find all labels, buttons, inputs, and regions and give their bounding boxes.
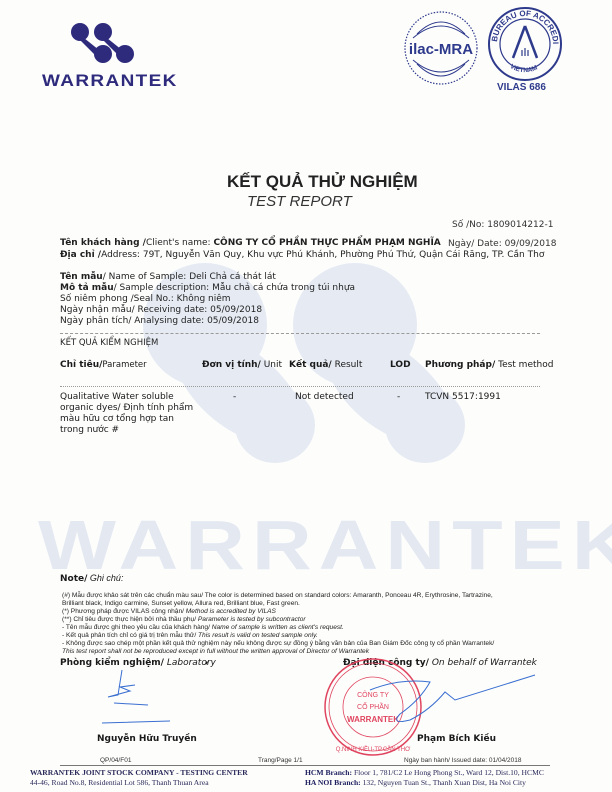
warrantek-logo-icon: [70, 22, 134, 64]
receiving-date-line: Ngày nhận mẫu/ Receiving date: 05/09/201…: [60, 305, 262, 316]
sample-name-line: Tên mẫu/ Name of Sample: Deli Chả cá thá…: [60, 272, 276, 283]
client-name-line: Tên khách hàng /Client's name: CÔNG TY C…: [60, 238, 441, 249]
sample-description-line: Mô tả mẫu/ Sample description: Mẫu chả c…: [60, 283, 355, 294]
form-code: QP/04/F01: [100, 757, 131, 764]
column-header-method: Phương pháp/ Test method: [425, 360, 553, 370]
stray-mark: ,: [205, 656, 208, 666]
watermark-text: WARRANTEK: [38, 505, 612, 585]
report-number: Số /No: 1809014212-1: [452, 220, 553, 230]
vilas-number: VILAS 686: [497, 82, 546, 93]
lab-signer-name: Nguyễn Hữu Truyền: [97, 734, 197, 744]
result-unit: -: [233, 392, 236, 403]
client-address: 79T, Nguyễn Văn Quy, Khu vực Phú Khánh, …: [143, 250, 544, 260]
footer-company: WARRANTEK JOINT STOCK COMPANY - TESTING …: [30, 768, 248, 777]
boa-accreditation-badge: BUREAU OF ACCREDITATION VIETNAM: [485, 4, 565, 86]
column-header-result: Kết quả/ Result: [289, 360, 362, 370]
analysing-date-line: Ngày phân tích/ Analysing date: 05/09/20…: [60, 316, 259, 327]
footer-hcm-branch: HCM Branch: Floor 1, 781/C2 Le Hong Phon…: [305, 768, 544, 777]
company-logo-text: WARRANTEK: [42, 72, 178, 91]
lab-signature: [100, 665, 180, 725]
column-header-unit: Đơn vị tính/ Unit: [202, 360, 282, 370]
result-method: TCVN 5517:1991: [425, 392, 501, 403]
report-date: Ngày/ Date: 09/09/2018: [448, 239, 556, 249]
footer-hanoi-branch: HA NOI Branch: 132, Nguyen Tuan St., Tha…: [305, 778, 526, 787]
rep-signer-name: Phạm Bích Kiều: [417, 734, 496, 744]
svg-text:VIETNAM: VIETNAM: [509, 63, 539, 74]
column-header-parameter: Chỉ tiêu/Parameter: [60, 360, 147, 370]
result-parameter: Qualitative Water soluble organic dyes/ …: [60, 392, 200, 436]
note-label: Note/ Ghi chú:: [60, 573, 123, 584]
divider: [60, 333, 540, 334]
result-lod: -: [397, 392, 400, 403]
rep-signature: [360, 670, 540, 730]
client-name: CÔNG TY CỔ PHẦN THỰC PHẨM PHẠM NGHĨA: [213, 238, 440, 248]
svg-text:ilac-MRA: ilac-MRA: [409, 41, 473, 58]
svg-text:Q.NINH KIỀU-TP.CẦN THƠ: Q.NINH KIỀU-TP.CẦN THƠ: [336, 746, 411, 753]
footer-rule: [60, 765, 550, 766]
footer-address: 44-46, Road No.8, Residential Lot 586, T…: [30, 778, 209, 787]
results-section-title: KẾT QUẢ KIỂM NGHIỆM: [60, 338, 158, 349]
client-address-line: Địa chỉ /Address: 79T, Nguyễn Văn Quy, K…: [60, 250, 544, 261]
page-title: KẾT QUẢ THỬ NGHIỆM: [227, 172, 418, 192]
page-number: Trang/Page 1/1: [258, 757, 303, 764]
ilac-mra-badge: ilac-MRA: [403, 8, 479, 88]
divider: [60, 386, 540, 387]
seal-number-line: Số niêm phong /Seal No.: Không niêm: [60, 294, 231, 305]
result-value: Not detected: [295, 392, 354, 403]
page-subtitle: TEST REPORT: [247, 193, 352, 210]
column-header-lod: LOD: [390, 360, 411, 370]
issued-date: Ngày ban hành/ Issued date: 01/04/2018: [404, 757, 521, 764]
